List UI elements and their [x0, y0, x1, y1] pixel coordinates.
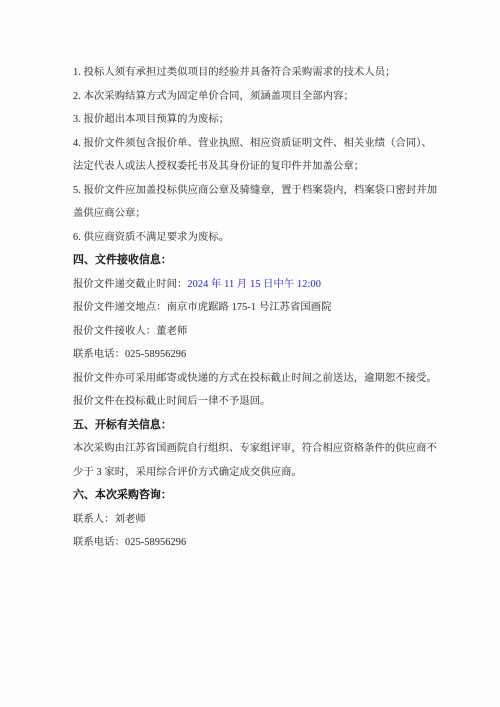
no-return-note-line: 报价文件在投标截止时间后一律不予退回。 — [73, 390, 439, 414]
requirement-item-6: 6. 供应商资质不满足要求为废标。 — [73, 226, 439, 250]
contact-phone-line-1: 联系电话：025-58956296 — [73, 343, 439, 367]
bid-opening-info-line-1: 本次采购由江苏省国画院自行组织、专家组评审，符合相应资格条件的供应商不 — [73, 437, 439, 461]
requirement-item-4-line-1: 4. 报价文件须包含报价单、营业执照、相应资质证明文件、相关业绩（合同）、 — [73, 132, 439, 156]
receiver-line: 报价文件接收人：董老师 — [73, 320, 439, 344]
requirement-item-4-line-2: 法定代表人或法人授权委托书及其身份证的复印件并加盖公章； — [73, 155, 439, 179]
requirement-item-3: 3. 报价超出本项目预算的为废标； — [73, 108, 439, 132]
section-heading-consultation: 六、本次采购咨询： — [73, 484, 439, 508]
requirement-item-2: 2. 本次采购结算方式为固定单价合同，须涵盖项目全部内容； — [73, 85, 439, 109]
deadline-value: 2024 年 11 月 15 日中午 12:00 — [187, 279, 321, 290]
section-heading-file-reception: 四、文件接收信息： — [73, 249, 439, 273]
deadline-line: 报价文件递交截止时间：2024 年 11 月 15 日中午 12:00 — [73, 273, 439, 297]
section-heading-bid-opening: 五、开标有关信息： — [73, 414, 439, 438]
requirement-item-1: 1. 投标人须有承担过类似项目的经验并具备符合采购需求的技术人员； — [73, 61, 439, 85]
delivery-address-line: 报价文件递交地点：南京市虎踞路 175-1 号江苏省国画院 — [73, 296, 439, 320]
document-page: 1. 投标人须有承担过类似项目的经验并具备符合采购需求的技术人员； 2. 本次采… — [73, 61, 439, 555]
mail-delivery-note-line: 报价文件亦可采用邮寄或快递的方式在投标截止时间之前送达，逾期恕不接受。 — [73, 367, 439, 391]
contact-person-line: 联系人：刘老师 — [73, 508, 439, 532]
bid-opening-info-line-2: 少于 3 家时，采用综合评价方式确定成交供应商。 — [73, 461, 439, 485]
deadline-label: 报价文件递交截止时间： — [73, 279, 187, 290]
requirement-item-5-line-1: 5. 报价文件应加盖投标供应商公章及骑缝章，置于档案袋内，档案袋口密封并加 — [73, 179, 439, 203]
contact-phone-line-2: 联系电话：025-58956296 — [73, 531, 439, 555]
requirement-item-5-line-2: 盖供应商公章； — [73, 202, 439, 226]
